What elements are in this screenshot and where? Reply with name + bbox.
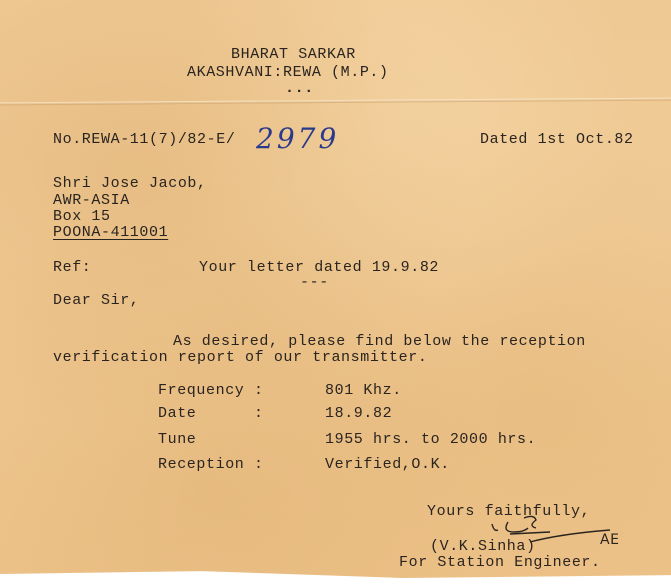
body-line2: verification report of our transmitter. [53,349,427,366]
designation: For Station Engineer. [399,554,601,571]
report-value-frequency: 801 Khz. [325,382,402,399]
letterhead-line2: AKASHVANI:REWA (M.P.) [187,64,389,81]
signatory-initials: AE [600,532,620,548]
report-label-date: Date : [158,405,264,422]
report-label-tune: Tune [158,431,196,448]
ref-dash: --- [300,274,329,291]
report-label-reception: Reception : [158,456,264,473]
recipient-city: POONA-411001 [53,224,168,241]
recipient-box: Box 15 [53,208,111,225]
letterhead-ornament: ... [285,80,314,97]
recipient-name: Shri Jose Jacob, [53,175,207,192]
body-line1: As desired, please find below the recept… [173,333,586,350]
salutation: Dear Sir, [53,292,139,309]
recipient-org: AWR-ASIA [53,192,130,209]
report-value-date: 18.9.82 [325,405,392,422]
report-value-reception: Verified,O.K. [325,456,450,473]
handwritten-dispatch-number: 2979 [256,122,339,155]
reference-number: No.REWA-11(7)/82-E/ [53,131,235,148]
date-line: Dated 1st Oct.82 [480,131,634,148]
signatory-name: (V.K.Sinha) [430,538,536,555]
report-value-tune: 1955 hrs. to 2000 hrs. [325,431,536,448]
ref-label: Ref: [53,259,91,276]
report-label-frequency: Frequency : [158,382,264,399]
letter-paper: BHARAT SARKAR AKASHVANI:REWA (M.P.) ... … [0,0,671,578]
paper-fold-crease [0,98,671,106]
letterhead-line1: BHARAT SARKAR [231,46,356,63]
